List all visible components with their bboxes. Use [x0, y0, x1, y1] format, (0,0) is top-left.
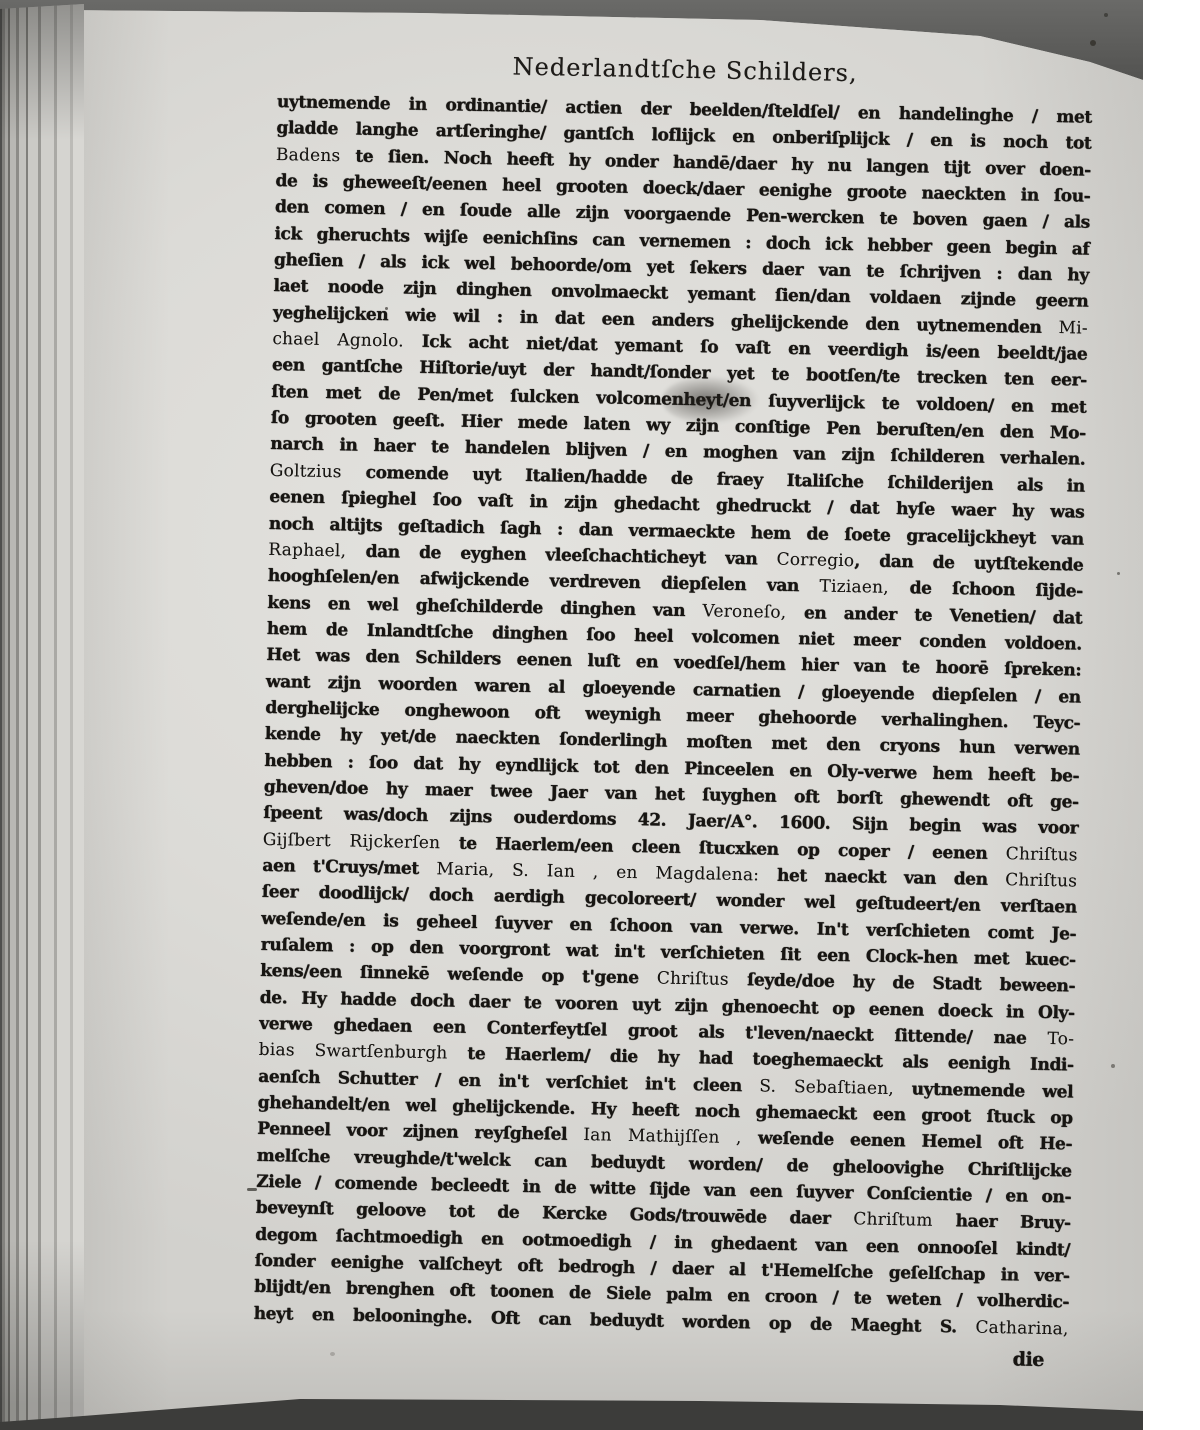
text-block: Nederlandtſche Schilders, uytnemende in … [253, 48, 1093, 1372]
scan-crop-margin [1143, 0, 1200, 1430]
ink-smudge [662, 376, 758, 424]
paper-speck [330, 1352, 335, 1356]
book-fore-edge [0, 0, 84, 1430]
paper-speck [1117, 572, 1120, 575]
scanned-book-page: Nederlandtſche Schilders, uytnemende in … [0, 0, 1200, 1430]
catchword: die [1012, 1349, 1044, 1372]
paper-speck [1090, 40, 1096, 46]
body-text: uytnemende in ordinantie/ actien der bee… [253, 89, 1092, 1343]
margin-dash-mark [247, 1188, 257, 1191]
paper-speck [1104, 13, 1108, 17]
paper-speck [1111, 1064, 1115, 1068]
paper-speck [385, 307, 388, 310]
